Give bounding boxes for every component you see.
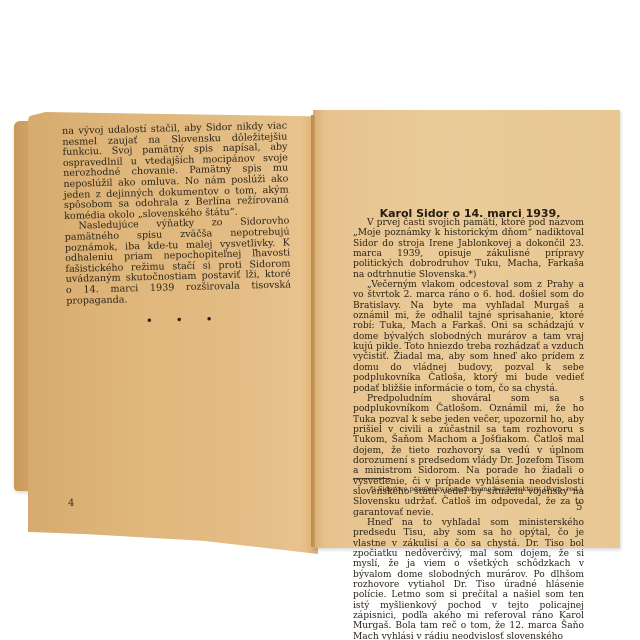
footnote-rule [353,478,391,479]
right-paragraph-4: Hneď na to vyhľadal som ministerského pr… [353,518,584,640]
left-paragraph-2: Nasledujúce výňatky zo Sidorovho pamätné… [64,217,291,307]
open-booklet: na vývoj udalostí stačil, aby Sidor nikd… [0,0,640,640]
left-page-text: na vývoj udalostí stačil, aby Sidor nikd… [62,122,292,330]
right-paragraph-1: V prvej časti svojich pamätí, ktoré pod … [353,218,584,280]
right-paragraph-3: Predpoludním shováral som sa s podplukov… [353,394,584,518]
right-page-text: V prvej časti svojich pamätí, ktoré pod … [353,218,584,640]
page-number-left: 4 [68,498,74,509]
page-number-right: 5 [576,502,582,513]
right-paragraph-2: „Večerným vlakom odcestoval som z Prahy … [353,280,584,394]
book-spine [311,115,315,547]
left-paragraph-1: na vývoj udalostí stačil, aby Sidor nikd… [62,122,289,223]
footnote: *) Sidorove poznámky ponechávame bez kor… [370,485,584,493]
